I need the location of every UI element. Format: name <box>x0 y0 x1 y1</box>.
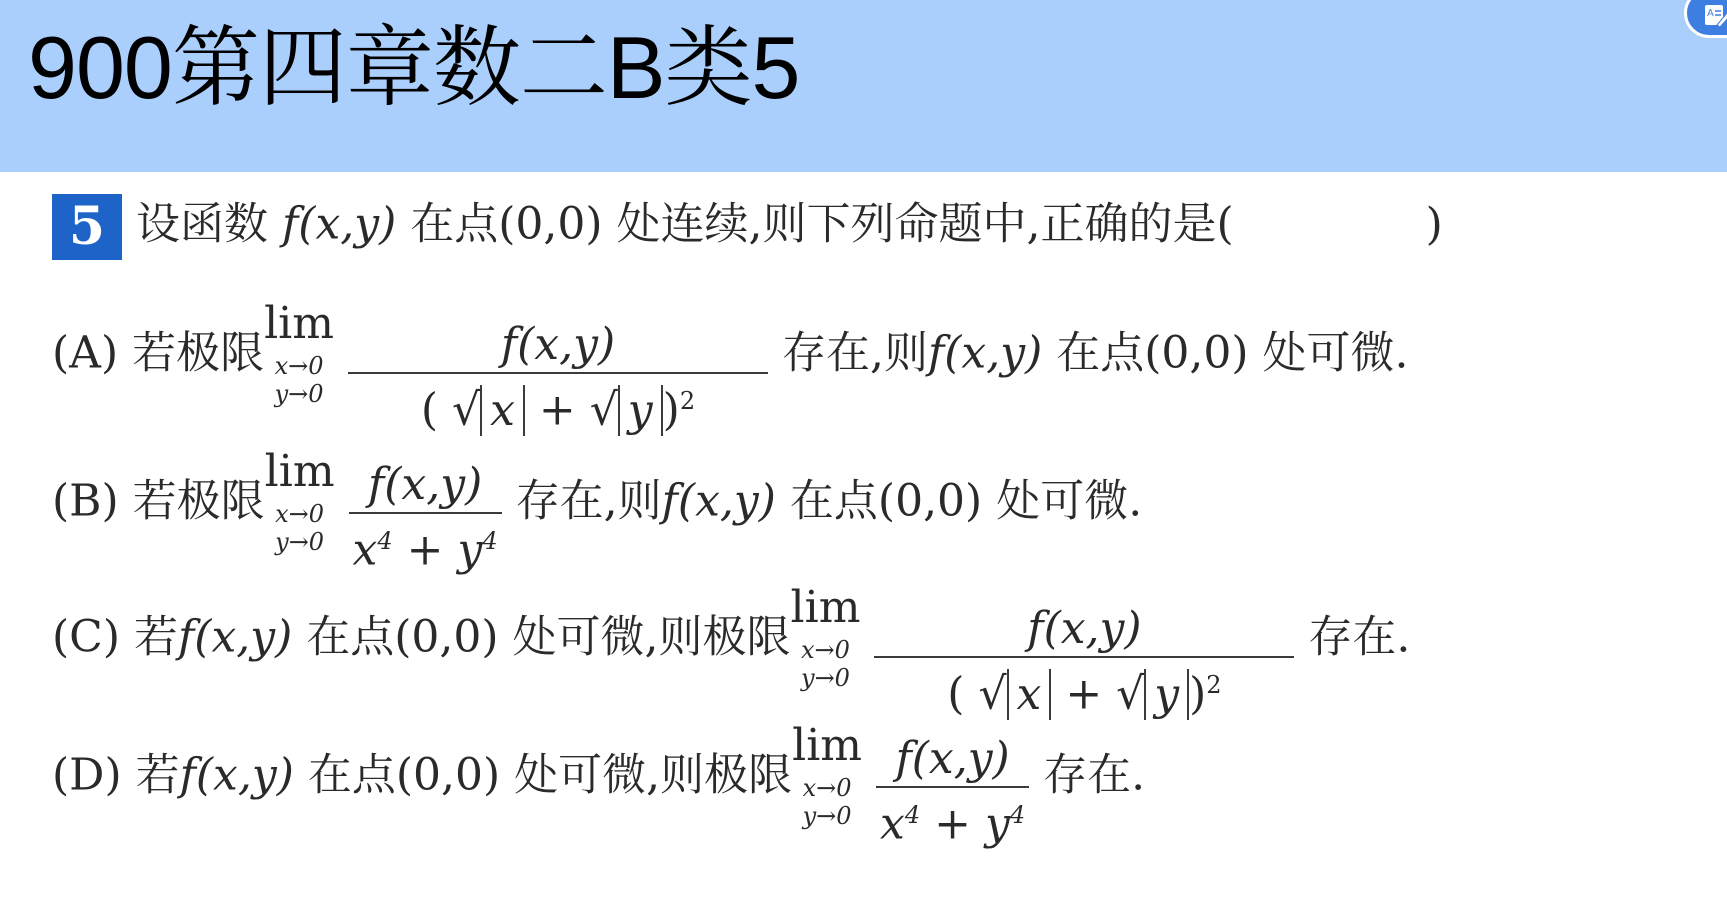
edit-button[interactable]: A <box>1684 0 1727 38</box>
paren: ( <box>421 385 438 436</box>
paren: ) <box>663 385 680 436</box>
den-x: x <box>353 525 378 576</box>
limit-operator: limx→0y→0 <box>791 580 861 692</box>
lim-sub-y: y→0 <box>792 802 862 830</box>
option-b: (B) 若极限limx→0y→0 f(x,y)x4 + y4 存在,则f(x,y… <box>52 444 1142 564</box>
lim-sub-x: x→0 <box>265 500 335 528</box>
lim-word: lim <box>265 444 335 500</box>
den-y: y <box>458 525 483 576</box>
stem-text-mid: 在点(0,0) 处连续,则下列命题中,正确的是( <box>396 199 1233 250</box>
option-label: (C) <box>52 611 120 662</box>
exponent: 4 <box>482 527 497 555</box>
option-text: 若极限 <box>119 475 265 526</box>
fraction: f(x,y)( √x + √y)2 <box>348 318 768 438</box>
option-text: 存在,则 <box>516 475 662 526</box>
answer-blank <box>1234 199 1346 250</box>
option-text-end: 在点(0,0) 处可微. <box>1042 327 1408 378</box>
limit-operator: limx→0y→0 <box>264 296 334 408</box>
lim-sub-x: x→0 <box>791 636 861 664</box>
option-label: (A) <box>52 327 118 378</box>
option-function: f(x,y) <box>662 475 776 526</box>
plus: + <box>525 385 590 436</box>
numerator: f(x,y) <box>349 458 502 514</box>
denominator: ( √x + √y)2 <box>348 374 768 438</box>
page-title: 900第四章数二B类5 <box>28 8 799 128</box>
option-text: 若 <box>122 749 180 800</box>
option-label: (D) <box>52 749 122 800</box>
exponent: 4 <box>377 527 392 555</box>
exponent: 2 <box>1206 671 1221 699</box>
svg-text:A: A <box>1707 8 1714 19</box>
denominator: ( √x + √y)2 <box>874 658 1294 722</box>
lim-word: lim <box>264 296 334 352</box>
numerator: f(x,y) <box>874 602 1294 658</box>
option-text: 在点(0,0) 处可微,则极限 <box>292 611 790 662</box>
option-text: 若 <box>120 611 178 662</box>
option-label: (B) <box>52 475 119 526</box>
plus: + <box>920 799 985 850</box>
option-text-end: 存在. <box>1308 611 1410 662</box>
lim-word: lim <box>791 580 861 636</box>
plus: + <box>393 525 458 576</box>
limit-operator: limx→0y→0 <box>265 444 335 556</box>
abs-y: y <box>1144 669 1189 720</box>
den-x: x <box>880 799 905 850</box>
question-content: 5设函数 f(x,y) 在点(0,0) 处连续,则下列命题中,正确的是( ) (… <box>0 172 1727 915</box>
exponent: 4 <box>1010 801 1025 829</box>
text-edit-icon: A <box>1705 5 1727 27</box>
lim-sub-x: x→0 <box>264 352 334 380</box>
numerator: f(x,y) <box>876 732 1029 788</box>
option-a: (A) 若极限limx→0y→0 f(x,y)( √x + √y)2 存在,则f… <box>52 296 1409 416</box>
option-c: (C) 若f(x,y) 在点(0,0) 处可微,则极限limx→0y→0 f(x… <box>52 580 1410 700</box>
denominator: x4 + y4 <box>876 788 1029 852</box>
den-y: y <box>985 799 1010 850</box>
lim-sub-y: y→0 <box>265 528 335 556</box>
question-number-badge: 5 <box>52 194 122 260</box>
stem-text: 设函数 <box>136 199 268 250</box>
question-stem: 5设函数 f(x,y) 在点(0,0) 处连续,则下列命题中,正确的是( ) <box>52 194 1443 260</box>
fraction: f(x,y)x4 + y4 <box>349 458 502 578</box>
exponent: 4 <box>905 801 920 829</box>
paren: ) <box>1189 669 1206 720</box>
option-function: f(x,y) <box>180 749 294 800</box>
option-text-end: 存在. <box>1043 749 1145 800</box>
fraction: f(x,y)x4 + y4 <box>876 732 1029 852</box>
stem-close: ) <box>1426 199 1443 250</box>
option-text: 存在,则 <box>782 327 928 378</box>
abs-x: x <box>1007 669 1052 720</box>
denominator: x4 + y4 <box>349 514 502 578</box>
lim-sub-x: x→0 <box>792 774 862 802</box>
lim-sub-y: y→0 <box>264 380 334 408</box>
lim-word: lim <box>792 718 862 774</box>
abs-y: y <box>618 385 663 436</box>
lim-sub-y: y→0 <box>791 664 861 692</box>
option-text: 在点(0,0) 处可微,则极限 <box>294 749 792 800</box>
fraction: f(x,y)( √x + √y)2 <box>874 602 1294 722</box>
option-text-end: 在点(0,0) 处可微. <box>776 475 1142 526</box>
option-function: f(x,y) <box>928 327 1042 378</box>
paren: ( <box>947 669 964 720</box>
exponent: 2 <box>680 387 695 415</box>
plus: + <box>1051 669 1116 720</box>
option-d: (D) 若f(x,y) 在点(0,0) 处可微,则极限limx→0y→0 f(x… <box>52 718 1145 838</box>
abs-x: x <box>480 385 525 436</box>
stem-function: f(x,y) <box>282 199 396 250</box>
limit-operator: limx→0y→0 <box>792 718 862 830</box>
option-function: f(x,y) <box>178 611 292 662</box>
option-text: 若极限 <box>118 327 264 378</box>
numerator: f(x,y) <box>348 318 768 374</box>
header-banner: 900第四章数二B类5 A <box>0 0 1727 172</box>
